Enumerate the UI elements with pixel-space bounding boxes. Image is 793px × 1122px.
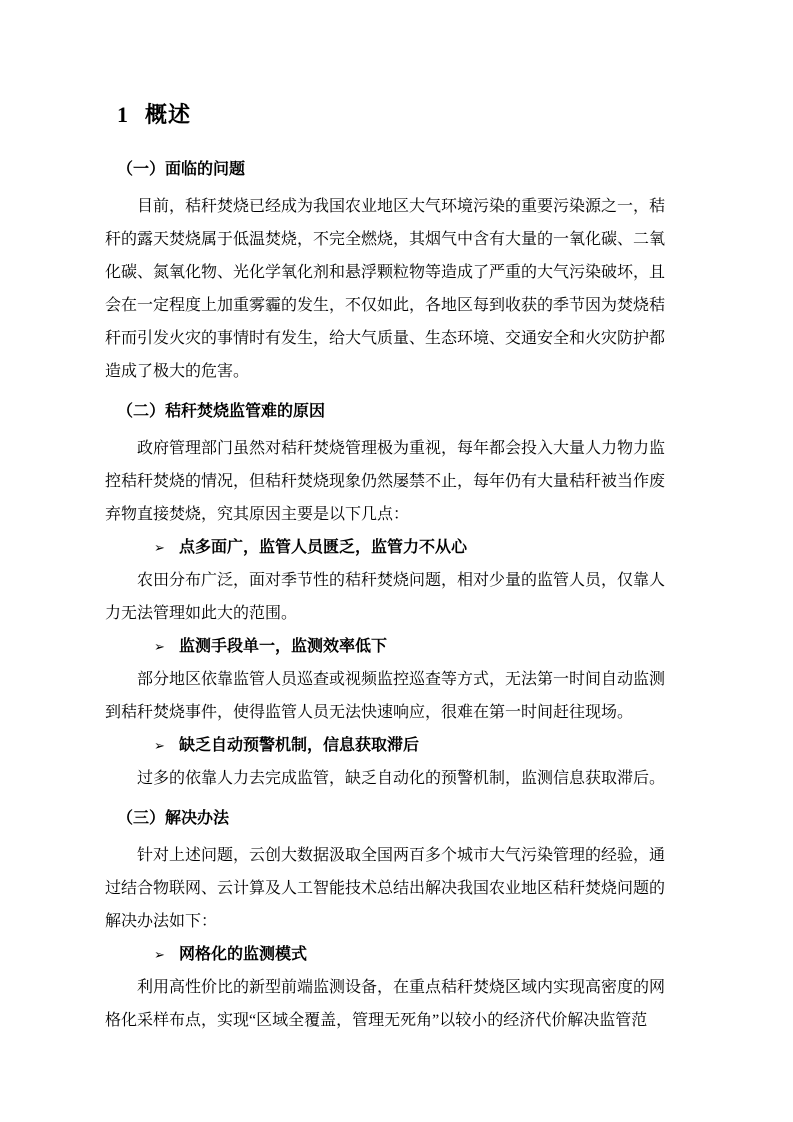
bullet-heading-label: 网格化的监测模式 bbox=[179, 946, 307, 963]
arrow-bullet-icon: ➢ bbox=[154, 531, 165, 564]
page-content: 1概述 （一）面临的问题 目前，秸秆焚烧已经成为我国农业地区大气环境污染的重要污… bbox=[0, 100, 793, 1037]
chapter-number: 1 bbox=[117, 100, 128, 130]
arrow-bullet-icon: ➢ bbox=[154, 729, 165, 762]
arrow-bullet-icon: ➢ bbox=[154, 938, 165, 971]
document-page: 1概述 （一）面临的问题 目前，秸秆焚烧已经成为我国农业地区大气环境污染的重要污… bbox=[0, 0, 793, 1122]
chapter-title: 概述 bbox=[145, 102, 191, 127]
bullet-heading: ➢网格化的监测模式 bbox=[105, 938, 665, 971]
body-paragraph: 利用高性价比的新型前端监测设备，在重点秸秆焚烧区域内实现高密度的网格化采样布点，… bbox=[105, 971, 665, 1037]
section-heading-2: （二）秸秆焚烧监管难的原因 bbox=[117, 400, 665, 424]
bullet-heading-label: 点多面广，监管人员匮乏，监管力不从心 bbox=[179, 539, 467, 556]
section-heading-3: （三）解决办法 bbox=[117, 807, 665, 831]
bullet-heading-label: 缺乏自动预警机制，信息获取滞后 bbox=[179, 737, 419, 754]
body-paragraph: 部分地区依靠监管人员巡查或视频监控巡查等方式，无法第一时间自动监测到秸秆焚烧事件… bbox=[105, 663, 665, 729]
body-paragraph: 过多的依靠人力去完成监管，缺乏自动化的预警机制，监测信息获取滞后。 bbox=[105, 762, 665, 795]
section-heading-1: （一）面临的问题 bbox=[117, 158, 665, 182]
bullet-heading: ➢点多面广，监管人员匮乏，监管力不从心 bbox=[105, 531, 665, 564]
body-paragraph: 政府管理部门虽然对秸秆焚烧管理极为重视，每年都会投入大量人力物力监控秸秆焚烧的情… bbox=[105, 432, 665, 531]
body-paragraph: 农田分布广泛，面对季节性的秸秆焚烧问题，相对少量的监管人员，仅靠人力无法管理如此… bbox=[105, 564, 665, 630]
bullet-heading: ➢缺乏自动预警机制，信息获取滞后 bbox=[105, 729, 665, 762]
bullet-heading: ➢监测手段单一，监测效率低下 bbox=[105, 630, 665, 663]
body-paragraph: 针对上述问题，云创大数据汲取全国两百多个城市大气污染管理的经验，通过结合物联网、… bbox=[105, 839, 665, 938]
arrow-bullet-icon: ➢ bbox=[154, 630, 165, 663]
chapter-heading: 1概述 bbox=[117, 100, 665, 130]
bullet-heading-label: 监测手段单一，监测效率低下 bbox=[179, 638, 387, 655]
body-paragraph: 目前，秸秆焚烧已经成为我国农业地区大气环境污染的重要污染源之一，秸秆的露天焚烧属… bbox=[105, 190, 665, 388]
